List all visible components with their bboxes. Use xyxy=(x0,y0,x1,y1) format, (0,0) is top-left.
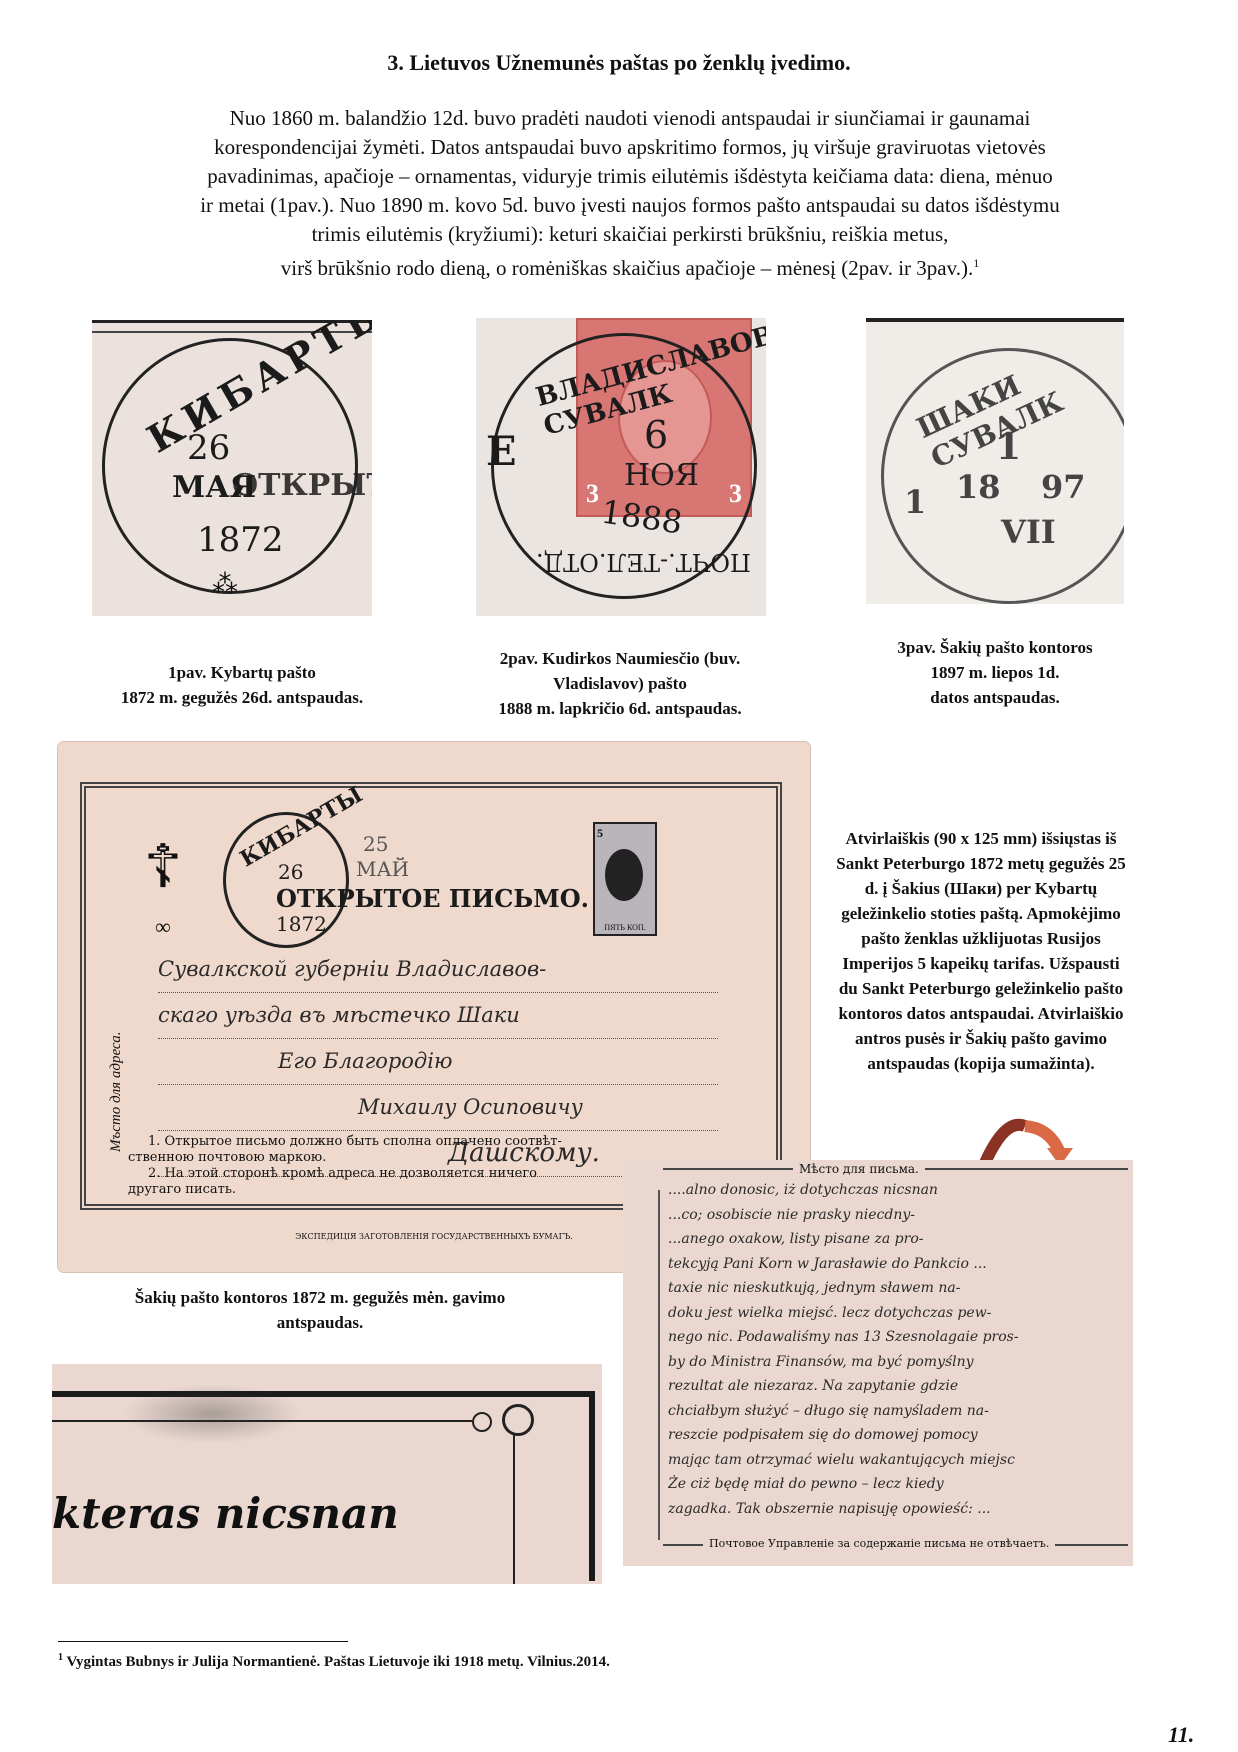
corner-vertical-rule xyxy=(513,1434,515,1584)
ornament-icon: ⁂ xyxy=(212,570,238,600)
second-postmark-day: 25 xyxy=(363,832,388,856)
letter-footer: Почтовое Управленіе за содержаніе письма… xyxy=(703,1537,1055,1550)
eagle-icon: ☦ xyxy=(128,832,198,922)
corner-ornament-icon xyxy=(502,1404,534,1436)
intro-line: virš brūkšnio rodo dieną, o romėniškas s… xyxy=(80,249,1180,283)
postage-stamp: 5 ПЯТЬ КОП. xyxy=(593,822,657,936)
postmark-letter: Е xyxy=(486,428,517,475)
footnote: 1 Vygintas Bubnys ir Julija Normantienė.… xyxy=(58,1652,610,1671)
postcard-description: Atvirlaiškis (90 x 125 mm) išsiųstas iš … xyxy=(826,826,1136,1076)
footnote-ref[interactable]: 1 xyxy=(973,256,979,270)
intro-line: trimis eilutėmis (kryžiumi): keturi skai… xyxy=(80,220,1180,249)
card-overprint: ОТКРЫТ xyxy=(232,468,372,503)
postmark-month: НОЯ xyxy=(624,458,699,493)
postmark-day: 6 xyxy=(644,413,668,457)
detail-handwriting: kteras nicsnan xyxy=(52,1489,399,1538)
figure-3-image: ШАКИ СУВАЛК 1 1 18 97 VII xyxy=(866,318,1124,604)
post-horn-icon: ∞ xyxy=(128,914,198,940)
border-side-rule xyxy=(589,1391,595,1581)
faded-postmark xyxy=(122,1384,302,1444)
postmark-year-right: 97 xyxy=(1041,468,1086,506)
postmark-year: 1872 xyxy=(197,520,284,560)
footnote-separator xyxy=(58,1641,348,1642)
page-title: 3. Lietuvos Užnemunės paštas po ženklų į… xyxy=(0,50,1238,76)
page-number: 11. xyxy=(1168,1722,1194,1748)
postmark-month: VII xyxy=(1001,513,1056,551)
letter-header: Мѣсто для письма. xyxy=(793,1162,925,1176)
postmark-day: 26 xyxy=(278,860,303,884)
intro-line: Nuo 1860 m. balandžio 12d. buvo pradėti … xyxy=(80,104,1180,133)
footnote-text: Vygintas Bubnys ir Julija Normantienė. P… xyxy=(66,1654,609,1670)
figure-1-caption: 1pav. Kybartų pašto1872 m. gegužės 26d. … xyxy=(92,660,392,710)
stamp-value: 5 xyxy=(597,826,603,841)
postcard-heading: ОТКРЫТОЕ ПИСЬМО. xyxy=(276,884,589,913)
second-postmark-month: МАЙ xyxy=(356,857,409,881)
corner-ornament-icon xyxy=(472,1412,492,1432)
intro-line: ir metai (1pav.). Nuo 1890 m. kovo 5d. b… xyxy=(80,191,1180,220)
figure-3-caption: 3pav. Šakių pašto kontoros1897 m. liepos… xyxy=(860,635,1130,710)
postmark-year-left: 18 xyxy=(956,468,1001,506)
letter-side-rule xyxy=(658,1190,661,1540)
postmark-day: 1 xyxy=(996,426,1021,468)
figure-1-image: КИБАРТЫ 26 МАЯ ОТКРЫТ 1872 ⁂ xyxy=(92,320,372,616)
postmark-year: 1872 xyxy=(276,912,327,936)
postcard-reverse: Мѣсто для письма. ....alno donosic, iż d… xyxy=(623,1160,1133,1566)
postmark-side: 1 xyxy=(904,483,926,521)
postmark-bottom: ПОЧТ.-ТЕЛ.ОТД. xyxy=(536,548,751,576)
letter-handwriting: ....alno donosic, iż dotychczas nicsnan … xyxy=(668,1178,1128,1521)
receipt-caption: Šakių pašto kontoros 1872 m. gegužės mėn… xyxy=(60,1285,580,1335)
intro-paragraph: Nuo 1860 m. balandžio 12d. buvo pradėti … xyxy=(80,104,1180,283)
stamp-eagle-icon xyxy=(605,849,643,901)
card-border-line xyxy=(866,318,1124,322)
intro-line: pavadinimas, apačioje – ornamentas, vidu… xyxy=(80,162,1180,191)
footnote-number: 1 xyxy=(58,1652,63,1663)
stamp-label: ПЯТЬ КОП. xyxy=(597,923,653,932)
intro-line: korespondencijai žymėti. Datos antspauda… xyxy=(80,133,1180,162)
figure-2-image: 3 3 ВЛАДИСЛАВОВЪ СУВАЛК Е 6 НОЯ 1888 ПОЧ… xyxy=(476,318,766,616)
receipt-detail-image: kteras nicsnan xyxy=(52,1364,602,1584)
figure-2-caption: 2pav. Kudirkos Naumiesčio (buv.Vladislav… xyxy=(460,646,780,721)
postmark-day: 26 xyxy=(187,428,230,468)
